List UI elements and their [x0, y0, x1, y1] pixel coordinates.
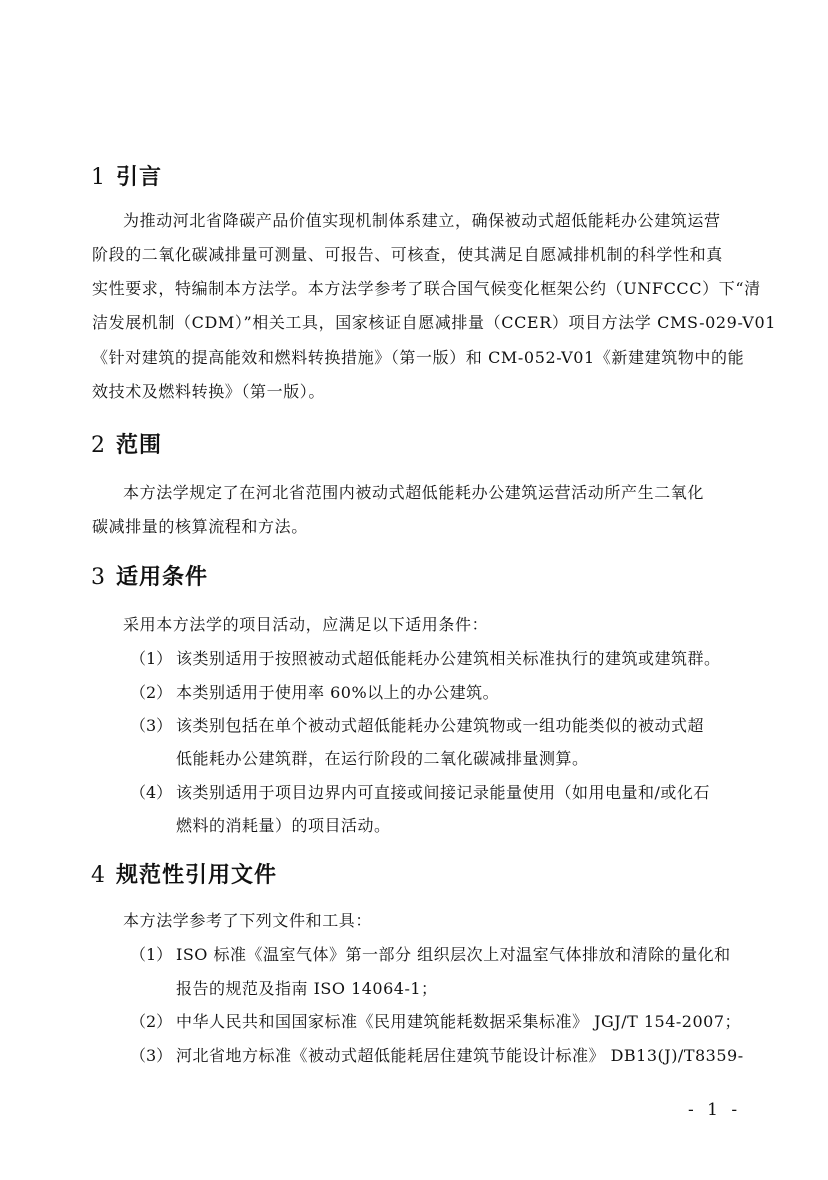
list-item-marker: （3）	[130, 1043, 172, 1066]
paragraph-line: 《针对建筑的提高能效和燃料转换措施》（第一版）和 CM-052-V01《新建建筑…	[92, 345, 744, 368]
list-item-text: ISO 标准《温室气体》第一部分 组织层次上对温室气体排放和清除的量化和	[176, 942, 731, 965]
list-intro: 采用本方法学的项目活动，应满足以下适用条件：	[123, 612, 488, 635]
list-item-text: 报告的规范及指南 ISO 14064-1；	[176, 976, 438, 999]
paragraph-line: 为推动河北省降碳产品价值实现机制体系建立，确保被动式超低能耗办公建筑运营	[123, 208, 721, 231]
section-heading-1: 1引言	[91, 160, 162, 191]
section-number: 1	[91, 165, 106, 190]
section-number: 4	[91, 863, 106, 888]
list-item-marker: （1）	[130, 646, 172, 669]
list-item-text: 本类别适用于使用率 60%以上的办公建筑。	[176, 680, 499, 703]
list-item-marker: （2）	[130, 1009, 172, 1032]
paragraph-line: 效技术及燃料转换》（第一版）。	[92, 379, 325, 402]
section-number: 3	[91, 565, 106, 590]
list-item-text: 该类别包括在单个被动式超低能耗办公建筑物或一组功能类似的被动式超	[176, 713, 704, 736]
list-item-text: 该类别适用于项目边界内可直接或间接记录能量使用（如用电量和/或化石	[176, 780, 710, 803]
paragraph-line: 实性要求，特编制本方法学。本方法学参考了联合国气候变化框架公约（UNFCCC）下…	[92, 276, 761, 299]
list-item-text: 中华人民共和国国家标准《民用建筑能耗数据采集标准》 JGJ/T 154-2007…	[176, 1009, 741, 1032]
list-item-text: 河北省地方标准《被动式超低能耗居住建筑节能设计标准》 DB13(J)/T8359…	[176, 1043, 744, 1066]
section-title: 适用条件	[116, 564, 208, 590]
list-item-marker: （4）	[130, 780, 172, 803]
list-intro: 本方法学参考了下列文件和工具：	[123, 908, 372, 931]
paragraph-line: 碳减排量的核算流程和方法。	[92, 514, 308, 537]
section-title: 规范性引用文件	[116, 862, 277, 888]
paragraph-line: 洁发展机制（CDM）”相关工具，国家核证自愿减排量（CCER）项目方法学 CMS…	[92, 310, 776, 333]
section-heading-4: 4规范性引用文件	[91, 858, 277, 889]
paragraph-line: 阶段的二氧化碳减排量可测量、可报告、可核查，使其满足自愿减排机制的科学性和真	[92, 242, 723, 265]
list-item-text: 低能耗办公建筑群，在运行阶段的二氧化碳减排量测算。	[176, 746, 589, 769]
list-item-text: 燃料的消耗量）的项目活动。	[176, 813, 391, 836]
list-item-marker: （2）	[130, 680, 172, 703]
list-item-marker: （3）	[130, 713, 172, 736]
section-number: 2	[91, 433, 106, 458]
paragraph-line: 本方法学规定了在河北省范围内被动式超低能耗办公建筑运营活动所产生二氧化	[123, 480, 704, 503]
section-title: 范围	[116, 432, 162, 458]
list-item-text: 该类别适用于按照被动式超低能耗办公建筑相关标准执行的建筑或建筑群。	[176, 646, 721, 669]
section-title: 引言	[116, 164, 162, 190]
document-page: 1引言 为推动河北省降碳产品价值实现机制体系建立，确保被动式超低能耗办公建筑运营…	[0, 0, 828, 1180]
list-item-marker: （1）	[130, 942, 172, 965]
section-heading-2: 2范围	[91, 428, 162, 459]
page-number: - 1 -	[688, 1100, 741, 1120]
section-heading-3: 3适用条件	[91, 560, 208, 591]
